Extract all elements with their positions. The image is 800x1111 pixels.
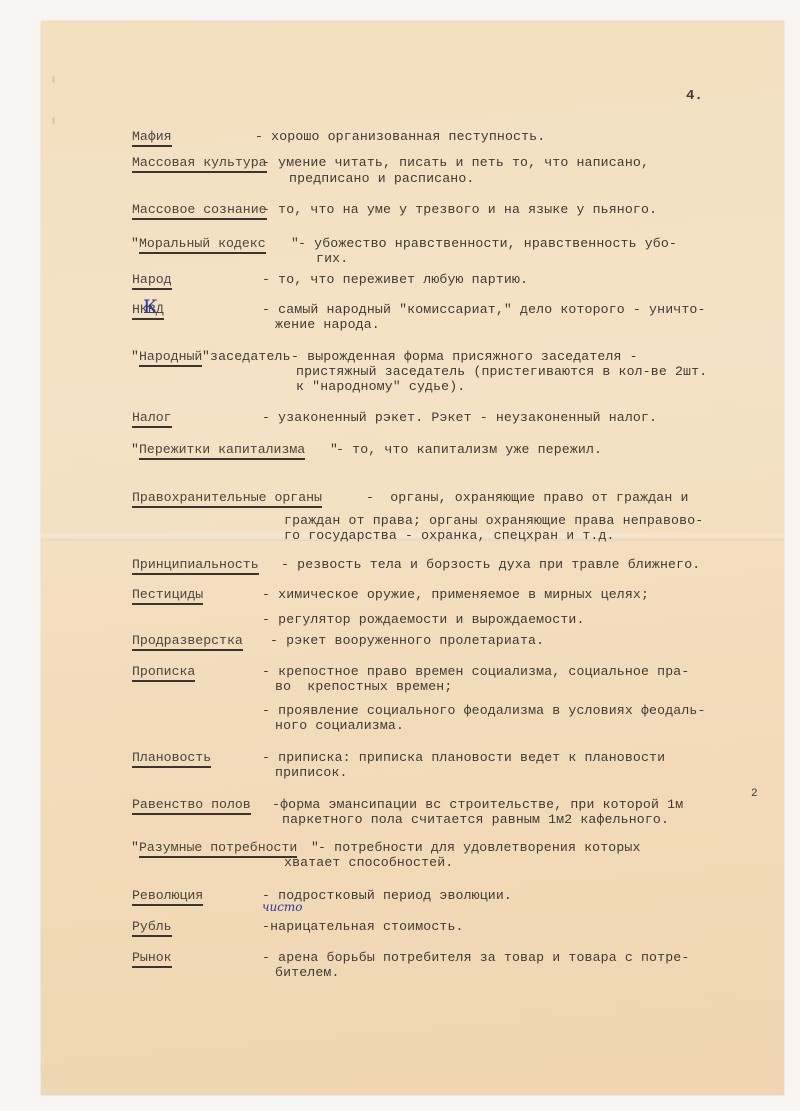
- entry-definition: - узаконенный рэкет. Рэкет - неузаконенн…: [262, 410, 657, 425]
- entry-term: Разумные потребности: [139, 840, 297, 858]
- entry-term: Рубль: [132, 919, 172, 937]
- quote-mark: ": [131, 442, 139, 457]
- entry-term: Народ: [132, 272, 172, 290]
- entry-definition: - убожество нравственности, нравственнос…: [298, 236, 677, 251]
- entry-term: Продразверстка: [132, 633, 243, 651]
- entry-term: Пережитки капитализма: [139, 442, 305, 460]
- entry-definition: - рэкет вооруженного пролетариата.: [270, 633, 544, 648]
- entry-definition: - арена борьбы потребителя за товар и то…: [262, 950, 689, 965]
- entry-definition-continuation: приписок.: [275, 765, 348, 780]
- entry-definition-continuation: го государства - охранка, спецхран и т.д…: [284, 528, 615, 543]
- punch-hole: [52, 117, 55, 124]
- entry-term: Прописка: [132, 664, 195, 682]
- entry-definition: - регулятор рождаемости и вырождаемости.: [262, 612, 585, 627]
- entry-definition: - хорошо организованная пеступность.: [255, 129, 545, 144]
- entry-definition: - органы, охраняющие право от граждан и: [366, 490, 689, 505]
- entry-definition-continuation: гих.: [316, 251, 348, 266]
- quote-mark: ": [131, 840, 139, 855]
- punch-hole: [52, 76, 55, 83]
- entry-definition: - проявление социального феодализма в ус…: [262, 703, 706, 718]
- entry-term: Массовая культура: [132, 155, 267, 173]
- entry-definition-continuation: во крепостных времен;: [275, 679, 452, 694]
- entry-term: Рынок: [132, 950, 172, 968]
- entry-term: Правохранительные органы: [132, 490, 322, 508]
- entry-definition: - умение читать, писать и петь то, что н…: [262, 155, 649, 170]
- entry-definition: - химическое оружие, применяемое в мирны…: [262, 587, 649, 602]
- entry-definition: - то, что на уме у трезвого и на языке у…: [262, 202, 657, 217]
- entry-definition: - крепостное право времен социализма, со…: [262, 664, 689, 679]
- entry-definition-continuation: хватает способностей.: [284, 855, 453, 870]
- quote-mark: ": [131, 349, 139, 364]
- entry-definition: -нарицательная стоимость.: [262, 919, 464, 934]
- entry-term: Равенство полов: [132, 797, 251, 815]
- handwritten-insert: чисто: [262, 900, 303, 914]
- entry-term: Народный: [139, 349, 202, 367]
- entry-definition-continuation: жение народа.: [275, 317, 380, 332]
- entry-term: Массовое сознание: [132, 202, 267, 220]
- entry-term: Налог: [132, 410, 172, 428]
- entry-term: Моральный кодекс: [139, 236, 266, 254]
- entry-definition-continuation: бителем.: [275, 965, 340, 980]
- entry-definition: - резвость тела и борзость духа при трав…: [281, 557, 700, 572]
- quote-mark: ": [131, 236, 139, 251]
- handwritten-correction: К: [143, 296, 158, 318]
- entry-definition: -форма эмансипации вс строительстве, при…: [272, 797, 683, 812]
- entry-term: Революция: [132, 888, 203, 906]
- entry-term: Принципиальность: [132, 557, 259, 575]
- entry-definition-continuation: паркетного пола считается равным 1м2 каф…: [282, 812, 669, 827]
- entry-definition: - приписка: приписка плановости ведет к …: [262, 750, 665, 765]
- entry-definition-continuation: граждан от права; органы охраняющие прав…: [284, 513, 703, 528]
- entry-definition-continuation: пристяжный заседатель (пристегиваются в …: [296, 364, 707, 379]
- page-number: 4.: [686, 88, 703, 104]
- entry-definition-continuation: к "народному" судье).: [296, 379, 465, 394]
- quote-mark: ": [202, 349, 210, 364]
- entry-definition: - то, что переживет любую партию.: [262, 272, 528, 287]
- entry-term: Плановость: [132, 750, 211, 768]
- entry-definition-continuation: ного социализма.: [275, 718, 404, 733]
- entry-definition-continuation: предписано и расписано.: [289, 171, 474, 186]
- entry-term: Пестициды: [132, 587, 203, 605]
- entry-definition: - потребности для удовлетворения которых: [318, 840, 641, 855]
- entry-term-suffix: заседатель: [210, 349, 291, 364]
- entry-definition: - то, что капитализм уже пережил.: [336, 442, 602, 457]
- entry-definition: - самый народный "комиссариат," дело кот…: [262, 302, 706, 317]
- superscript: 2: [751, 787, 758, 802]
- entry-term: Мафия: [132, 129, 172, 147]
- entry-definition: - вырожденная форма присяжного заседател…: [291, 349, 638, 364]
